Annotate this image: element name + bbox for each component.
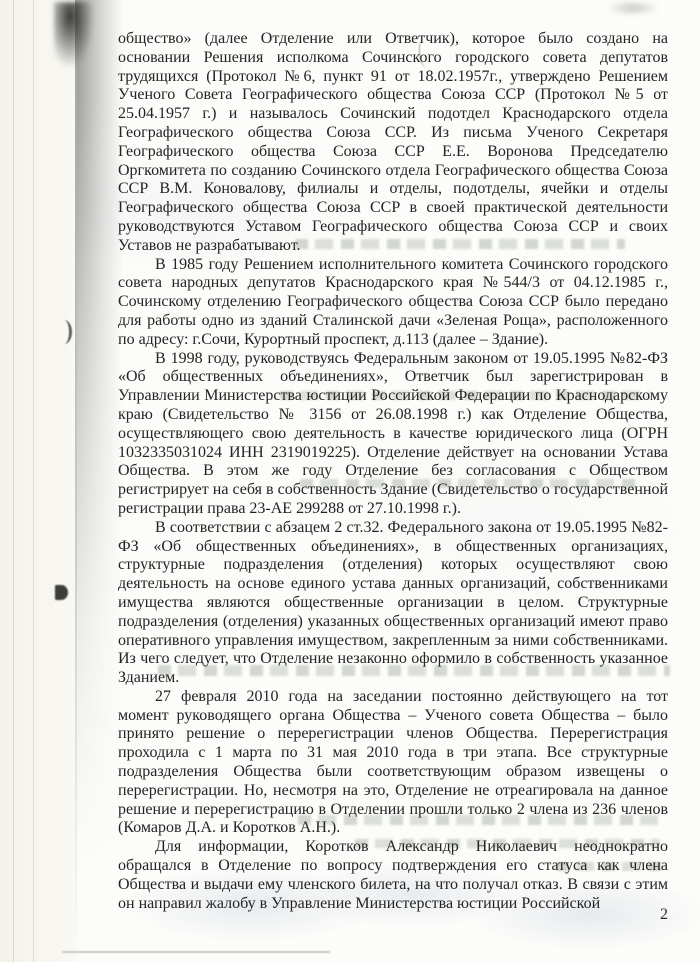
scanner-edge-strip	[0, 0, 14, 962]
paragraph-5: 27 февраля 2010 года на заседании постоя…	[118, 688, 668, 838]
edge-mark	[55, 585, 68, 600]
paragraph-6: Для информации, Коротков Александр Никол…	[118, 838, 668, 913]
paper-sheet: общество» (далее Отделение или Ответчик)…	[76, 0, 700, 962]
scan-corner-shadow	[54, 2, 94, 68]
paper-edge-line	[75, 0, 77, 952]
paragraph-2: В 1985 году Решением исполнительного ком…	[118, 256, 668, 350]
underlying-page-strip	[14, 0, 76, 962]
paper-bottom-edge	[62, 951, 330, 953]
page-stack-edge-line	[33, 0, 34, 962]
paragraph-4: В соответствии с абзацем 2 ст.32. Федера…	[118, 519, 668, 688]
scan-smudge	[606, 0, 660, 16]
page-number: 2	[660, 906, 668, 924]
paragraph-3: В 1998 году, руководствуясь Федеральным …	[118, 350, 668, 519]
paragraph-1: общество» (далее Отделение или Ответчик)…	[118, 30, 668, 256]
binding-shadow	[77, 0, 123, 962]
document-body: общество» (далее Отделение или Ответчик)…	[118, 30, 668, 913]
scanned-document-page: общество» (далее Отделение или Ответчик)…	[0, 0, 700, 962]
